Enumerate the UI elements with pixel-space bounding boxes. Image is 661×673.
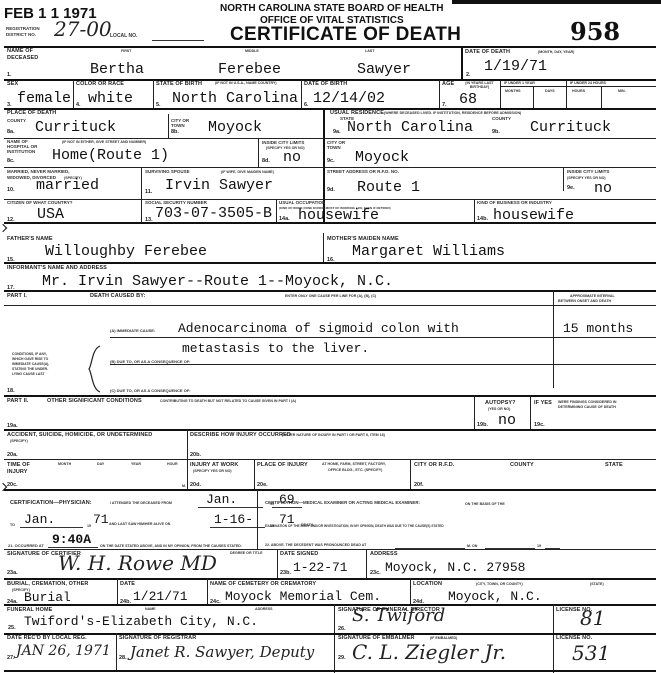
mother-label: MOTHER'S MAIDEN NAME [327, 236, 399, 242]
other-conditions-sub: CONTRIBUTING TO DEATH BUT NOT RELATED TO… [160, 399, 296, 403]
if-yes-sub: DETERMINING CAUSE OF DEATH [558, 405, 616, 409]
residence-city: Moyock [355, 150, 409, 166]
item-number: 11. [145, 189, 152, 195]
hospital-sub: (IF NOT IN EITHER, GIVE STREET AND NUMBE… [62, 140, 146, 144]
social-security-number: 703-07-3505-B [155, 206, 272, 222]
manner-label: ACCIDENT, SUICIDE, HOMICIDE, OR UNDETERM… [7, 432, 152, 438]
age-sub: (IN YEARS LAST BIRTHDAY) [457, 81, 502, 89]
hospital-name: Home(Route 1) [52, 148, 169, 164]
m-label: M. [182, 484, 186, 488]
divider [439, 80, 440, 108]
divider [187, 459, 188, 489]
funeral-home-label: FUNERAL HOME [7, 607, 52, 613]
registrar-signature: Janet R. Sawyer, Deputy [130, 643, 314, 661]
item-number: 9e. [567, 185, 575, 191]
spouse-label: SURVIVING SPOUSE [145, 170, 190, 174]
disposition-location-sub: (CITY, TOWN, OR COUNTY) [476, 582, 523, 586]
birth-date-label: DATE OF BIRTH [304, 81, 347, 87]
min-label: MIN. [618, 89, 626, 93]
cemetery-label: NAME OF CEMETERY OR CREMATORY [210, 581, 316, 587]
autopsy-sub: (YES OR NO) [488, 407, 510, 411]
date-signed: 1-22-71 [293, 561, 348, 575]
item-number: 23b. [280, 570, 291, 576]
item-number: 9b. [492, 129, 500, 135]
citizenship: USA [37, 207, 64, 223]
month-label: MONTH [58, 462, 71, 466]
cemetery-name: Moyock Memorial Cem. [225, 590, 381, 604]
middle-name: Ferebee [218, 62, 281, 78]
district-label: DISTRICT NO. [6, 33, 36, 37]
divider [323, 233, 324, 263]
date-of-death-label: DATE OF DEATH [465, 49, 510, 55]
part-2-label: PART II. [7, 398, 28, 404]
birth-state-sub: (IF NOT IN U.S.A., NAME COUNTRY) [215, 81, 277, 85]
divider [566, 80, 567, 108]
last-saw-date: 1-16- [214, 513, 253, 527]
father-name: Willoughby Ferebee [45, 244, 207, 260]
immediate-cause-line-2: metastasis to the liver. [182, 342, 369, 356]
item-number: 20e. [257, 482, 268, 488]
marital-label: MARRIED, NEVER MARRIED, [7, 170, 70, 174]
place-of-injury-label: PLACE OF INJURY [257, 462, 308, 468]
item-number: 20f. [414, 482, 423, 488]
item-number: 20c. [7, 482, 18, 488]
rule [4, 138, 656, 139]
middle-label: MIDDLE [245, 49, 259, 53]
inside-limits-label: INSIDE CITY LIMITS [262, 141, 304, 145]
item-number: 29. [338, 655, 346, 661]
divider [258, 138, 259, 167]
manner-sub: (SPECIFY) [10, 439, 28, 443]
divider [410, 459, 411, 489]
divider [73, 80, 74, 108]
divider [461, 47, 463, 80]
rule [4, 290, 656, 292]
race-value: white [88, 91, 133, 107]
residence-state: North Carolina [347, 120, 473, 136]
divider [277, 549, 278, 579]
usual-residence-label: USUAL RESIDENCE [330, 110, 384, 116]
informant-label: INFORMANT'S NAME AND ADDRESS [7, 265, 107, 271]
months-label: MONTHS [505, 89, 521, 93]
occurred-suffix: ON THE DATE STATED ABOVE, AND IN MY OPIN… [100, 544, 242, 548]
under-1-year-label: IF UNDER 1 YEAR [504, 81, 535, 85]
county-label: COUNTY [7, 119, 26, 123]
citizen-label: CITIZEN OF WHAT COUNTRY? [7, 201, 73, 205]
item-number: 28. [119, 655, 127, 661]
divider [601, 86, 602, 108]
divider [168, 114, 169, 138]
fill-line [272, 507, 302, 508]
divider [301, 80, 302, 108]
injury-city-label: CITY OR R.F.D. [414, 462, 454, 468]
age-label: AGE [442, 81, 454, 87]
embalmer-signature: C. L. Ziegler Jr. [352, 640, 506, 664]
divider [207, 578, 208, 604]
first-label: FIRST [121, 49, 131, 53]
me-text: 22. ABOVE. THE DECEDENT WAS PRONOUNCED D… [265, 543, 366, 547]
sex-value: female [17, 91, 71, 107]
attended-text: I ATTENDED THE DECEASED FROM [110, 501, 172, 505]
date-received: JAN 26, 1971 [16, 643, 111, 659]
item-number: 23c. [370, 570, 381, 576]
rule [4, 459, 656, 460]
item-number: 1. [7, 72, 12, 78]
immediate-cause-label: (a) IMMEDIATE CAUSE: [110, 329, 155, 333]
if-yes-sub: WERE FINDINGS CONSIDERED IN [558, 400, 617, 404]
residence-inside-limits: no [594, 181, 612, 197]
place-of-injury-sub: OFFICE BLDG., ETC. (SPECIFY) [328, 468, 382, 472]
age-value: 68 [459, 92, 477, 108]
divider [116, 633, 117, 671]
rule [500, 86, 656, 87]
rule [4, 578, 656, 580]
hour-label: HOUR [167, 462, 178, 466]
item-number: 8c. [7, 158, 15, 164]
fill-line [198, 507, 263, 508]
disposition-location: Moyock, N.C. [448, 590, 542, 604]
city-label: TOWN [327, 146, 341, 150]
attended-to-year: 71 [93, 513, 109, 527]
me-text: M. ON [467, 544, 477, 548]
divider [141, 167, 142, 222]
street-label: STREET ADDRESS OR R.F.D. No. [327, 170, 399, 174]
item-number: 23a. [7, 570, 18, 576]
race-label: COLOR OR RACE [76, 81, 124, 87]
item-number: 2. [466, 72, 471, 78]
place-of-injury-sub: AT HOME, FARM, STREET, FACTORY, [322, 462, 386, 466]
registration-label: REGISTRATION [6, 27, 40, 31]
item-number: 10. [7, 187, 15, 193]
rule [4, 395, 656, 397]
part-1-label: PART I. [7, 293, 27, 299]
rule [4, 489, 656, 491]
divider [366, 549, 367, 579]
divider [257, 489, 258, 549]
interval-label: APPROXIMATE INTERVAL [570, 294, 615, 298]
top-edge-bar [452, 0, 661, 4]
year-label: YEAR [131, 462, 141, 466]
surviving-spouse: Irvin Sawyer [165, 178, 273, 194]
brace-icon [88, 345, 102, 393]
name-label: DECEASED [7, 55, 38, 61]
item-number: 25. [8, 625, 16, 631]
item-number: 20a. [7, 452, 18, 458]
rule [4, 222, 656, 224]
year-prefix: 19 [87, 524, 91, 528]
describe-injury-sub: (ENTER NATURE OF INJURY IN PART I OR PAR… [282, 433, 385, 437]
rule [110, 337, 656, 338]
first-name: Bertha [90, 62, 144, 78]
informant-name-address: Mr. Irvin Sawyer--Route 1--Moyock, N.C. [42, 274, 393, 290]
injury-at-work-label: INJURY AT WORK [190, 462, 238, 468]
local-no-label: LOCAL NO. [110, 34, 137, 38]
death-city: Moyock [208, 120, 262, 136]
funeral-address-label: ADDRESS [255, 607, 273, 611]
certifier-address-label: ADDRESS [370, 551, 398, 557]
residence-county: Currituck [530, 120, 611, 136]
rule [4, 670, 656, 672]
item-number: 19c. [534, 422, 545, 428]
funeral-director-license: 81 [580, 606, 605, 630]
autopsy-label: AUTOPSY? [485, 400, 516, 406]
district-number: 27-00 [54, 17, 112, 41]
divider [117, 578, 118, 604]
item-number: 20b. [190, 452, 201, 458]
divider [500, 80, 501, 108]
divider [563, 167, 564, 191]
item-number: 20d. [190, 482, 201, 488]
registrar-signature-label: SIGNATURE OF REGISTRAR [119, 635, 196, 641]
date-of-death-sub: (MONTH, DAY, YEAR) [538, 50, 574, 54]
occupation-label: USUAL OCCUPATION [279, 201, 325, 205]
place-of-death-label: PLACE OF DEATH [7, 110, 56, 116]
rule [4, 167, 656, 168]
medical-examiner-label: CERTIFICATION—MEDICAL EXAMINER OR ACTING… [265, 501, 420, 505]
fill-line [20, 527, 83, 528]
certificate-title: CERTIFICATE OF DEATH [230, 24, 461, 46]
time-of-injury-label: TIME OF [7, 462, 30, 468]
conditions-line: LYING CAUSE LAST [12, 372, 49, 377]
days-label: DAYS [545, 89, 555, 93]
under-24-hours-label: IF UNDER 24 HOURS [570, 81, 606, 85]
divider [530, 395, 531, 429]
city-label: TOWN [171, 124, 185, 128]
item-number: 8b. [171, 129, 179, 135]
death-county: Currituck [35, 120, 116, 136]
father-label: FATHER'S NAME [7, 236, 53, 242]
hours-label: HOURS [572, 89, 585, 93]
rule [4, 549, 656, 550]
degree-label: DEGREE OR TITLE [230, 551, 263, 555]
due-to-c-label: (c) DUE TO, OR AS A CONSEQUENCE OF: [110, 389, 191, 393]
disposition-state-label: (STATE) [590, 582, 604, 586]
rule [4, 604, 656, 606]
hospital-label: INSTITUTION [7, 150, 35, 154]
interval-label: BETWEEN ONSET AND DEATH [558, 299, 611, 303]
certifier-signature: W. H. Rowe MD [58, 551, 217, 575]
injury-county-label: COUNTY [510, 462, 534, 468]
disposition-location-label: LOCATION [413, 581, 442, 587]
divider [474, 395, 475, 429]
spouse-sub: (IF WIFE, GIVE MAIDEN NAME) [221, 170, 274, 174]
usual-residence-sub: (WHERE DECEASED LIVED. IF INSTITUTION, R… [384, 111, 521, 115]
day-label: DAY [97, 462, 104, 466]
if-yes-label: IF YES [534, 400, 552, 406]
rule [4, 46, 656, 48]
sex-label: SEX [7, 81, 18, 87]
embalmer-license: 531 [572, 641, 610, 665]
fill-line [48, 547, 98, 548]
funeral-name-label: NAME [145, 607, 156, 611]
rule [141, 199, 656, 200]
item-number: 18. [7, 388, 15, 394]
disposition-method-label: BURIAL, CREMATION, OTHER [7, 581, 88, 587]
rule [4, 429, 656, 431]
divider [254, 459, 255, 489]
onset-interval: 15 months [563, 322, 633, 336]
date-signed-label: DATE SIGNED [280, 551, 318, 557]
divider [153, 80, 154, 108]
cause-instruction: ENTER ONLY ONE CAUSE PER LINE FOR (a), (… [285, 294, 376, 298]
date-received-label: DATE REC'D BY LOCAL REG. [7, 635, 87, 641]
item-number: 27. [7, 655, 15, 661]
mother-maiden-name: Margaret Williams [352, 244, 505, 260]
industry-label: KIND OF BUSINESS OR INDUSTRY [477, 201, 552, 205]
divider [187, 429, 188, 459]
last-name: Sawyer [357, 62, 411, 78]
birth-state-value: North Carolina [172, 91, 298, 107]
edge-notch [0, 224, 7, 232]
time-of-death: 9:40A [52, 533, 91, 547]
date-of-death: 1/19/71 [484, 59, 547, 75]
divider [474, 199, 475, 222]
divider [410, 578, 411, 604]
autopsy-value: no [498, 413, 516, 429]
rule [4, 305, 656, 306]
to-label: TO [10, 523, 15, 527]
inside-limits-label: INSIDE CITY LIMITS [567, 170, 609, 174]
disposition-date-label: DATE [120, 581, 135, 587]
death-caused-by-label: DEATH CAUSED BY: [90, 293, 145, 299]
immediate-cause-line-1: Adenocarcinoma of sigmoid colon with [178, 322, 459, 336]
time-of-injury-label: INJURY [7, 469, 28, 475]
marital-status: married [36, 178, 99, 194]
rule [4, 262, 656, 264]
injury-state-label: STATE [605, 462, 623, 468]
divider [276, 199, 277, 222]
occurred-at-text: 21. OCCURRED AT [8, 544, 44, 548]
divider [533, 86, 534, 108]
funeral-home: Twiford's-Elizabeth City, N.C. [24, 615, 258, 629]
agency-name: NORTH CAROLINA STATE BOARD OF HEALTH [220, 3, 444, 14]
disposition-date: 1/21/71 [133, 590, 188, 604]
me-text: ON THE BASIS OF THE [465, 502, 505, 506]
conditions-note: CONDITIONS, IF ANY, WHICH GAVE RISE TO I… [12, 352, 49, 377]
item-number: 8d. [262, 158, 270, 164]
certifier-address: Moyock, N.C. 27958 [385, 561, 525, 575]
birth-state-label: STATE OF BIRTH [156, 81, 202, 87]
attended-from-month: Jan. [206, 493, 237, 507]
divider [334, 604, 335, 673]
death-inside-limits: no [283, 150, 301, 166]
birth-date-value: 12/14/02 [313, 91, 385, 107]
item-number: 9c. [327, 158, 335, 164]
year-prefix: 19 [537, 544, 541, 548]
name-label: NAME OF [7, 48, 33, 54]
item-number: 26. [338, 626, 346, 632]
last-label: LAST [365, 49, 374, 53]
describe-injury-label: DESCRIBE HOW INJURY OCCURRED [190, 432, 291, 438]
county-label: COUNTY [492, 117, 511, 121]
certificate-number: 958 [570, 17, 620, 46]
attended-to-month: Jan. [24, 513, 55, 527]
local-no-line [152, 40, 204, 41]
physician-cert-label: CERTIFICATION—PHYSICIAN: [10, 500, 92, 506]
injury-at-work-sub: (SPECIFY YES OR NO) [193, 469, 232, 473]
disposition-method: Burial [24, 591, 71, 605]
funeral-director-signature: S. Twiford [352, 605, 445, 626]
item-number: 8a. [7, 129, 15, 135]
divider [553, 604, 554, 673]
last-saw-text: AND LAST SAW HIM/HER ALIVE ON [109, 522, 170, 526]
rule [110, 364, 656, 365]
me-text: EXAMINATION OF THE BODY AND/OR INVESTIGA… [265, 524, 444, 528]
item-number: 9d. [327, 187, 335, 193]
residence-street: Route 1 [357, 180, 420, 196]
other-conditions-label: OTHER SIGNIFICANT CONDITIONS [47, 398, 142, 404]
item-number: 19b. [477, 422, 488, 428]
item-number: 9a. [333, 129, 341, 135]
